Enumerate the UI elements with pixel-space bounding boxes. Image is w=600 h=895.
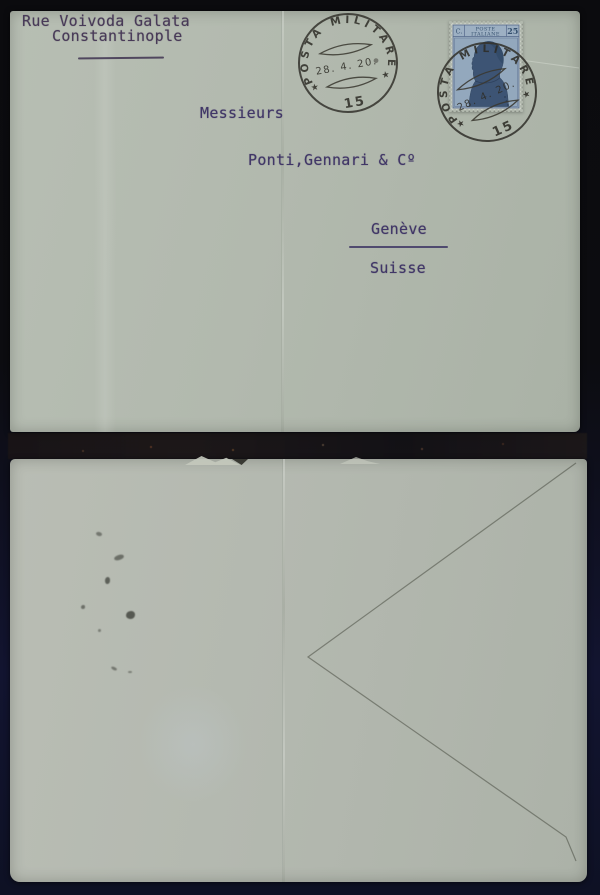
ink-smudge [105,577,110,584]
recipient-city-underline [349,246,448,248]
ink-smudge [128,671,132,673]
postmark-date: 28. 4. 20. [315,56,379,78]
envelope-back [10,459,587,882]
recipient-country: Suisse [370,261,426,276]
return-address-line2: Constantinople [52,29,183,44]
recipient-salutation: Messieurs [200,106,284,121]
star-icon: ★ [310,83,320,94]
star-icon: ★ [521,89,532,101]
recipient-city: Genève [371,222,427,237]
flap-edge-overlay [10,459,587,882]
star-icon: ★ [455,118,466,130]
postmark-ring-label: POSTA MILITARE [435,40,538,126]
ink-smudge [126,611,135,619]
recipient-company: Ponti,Gennari & Cº [248,153,416,168]
envelope-front: Rue Voivoda Galata Constantinople Messie… [10,11,580,432]
stamp-title-line2: ITALIANE [471,32,500,38]
postmark-right: POSTA MILITARE ★ ★ 28. 4. 20. 15 [435,40,539,144]
photo-backdrop: Rue Voivoda Galata Constantinople Messie… [0,0,600,895]
postmark-number: 15 [490,118,516,141]
album-gap-shadow [8,433,587,459]
postmark-left: POSTA MILITARE ★ ★ 28. 4. 20. 15 [296,11,400,115]
postmark-lower-lens [326,74,377,92]
ink-smudge [98,629,101,632]
stamp-denomination: 25 [507,26,518,36]
star-icon: ★ [381,70,391,81]
postmark-upper-lens [319,40,372,58]
dust-specks [0,0,2,2]
ink-smudge [81,605,85,609]
stamp-currency-label: C. [456,28,463,36]
svg-text:POSTA MILITARE: POSTA MILITARE [435,40,538,126]
